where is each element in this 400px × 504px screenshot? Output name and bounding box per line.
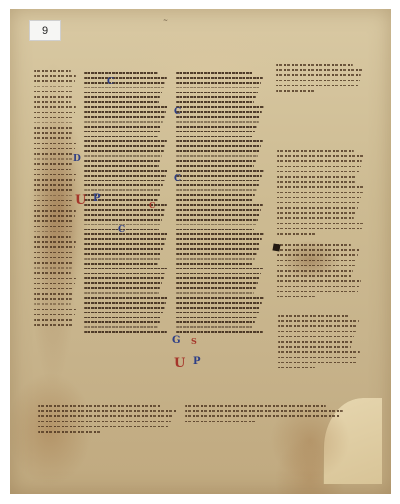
text-line	[278, 346, 351, 348]
text-line	[34, 293, 73, 295]
text-line	[84, 326, 158, 328]
text-line	[84, 111, 166, 113]
header-mark: ~	[163, 17, 168, 24]
text-line	[84, 82, 165, 84]
text-line	[176, 82, 261, 84]
initial-u: U	[174, 357, 185, 370]
main-text-column-right	[176, 72, 264, 336]
text-line	[34, 174, 76, 176]
text-line	[276, 85, 358, 87]
text-line	[176, 189, 257, 191]
text-line	[176, 92, 258, 94]
text-line	[34, 200, 72, 202]
text-line	[176, 165, 254, 167]
text-line	[84, 121, 163, 123]
text-line	[84, 180, 165, 182]
text-line	[84, 238, 166, 240]
text-line	[277, 270, 353, 272]
text-line	[176, 111, 262, 113]
text-line	[277, 192, 363, 194]
text-line	[176, 204, 263, 206]
text-line	[176, 180, 260, 182]
text-line	[84, 150, 164, 152]
text-line	[34, 122, 73, 124]
initial-s: S	[191, 337, 197, 345]
text-line	[176, 77, 263, 79]
text-line	[277, 197, 361, 199]
text-line	[34, 86, 74, 88]
text-line	[38, 431, 101, 433]
text-line	[84, 145, 165, 147]
text-line	[84, 331, 167, 333]
text-line	[176, 273, 261, 275]
text-line	[176, 145, 261, 147]
text-line	[176, 106, 264, 108]
text-line	[34, 220, 74, 222]
text-line	[34, 179, 75, 181]
text-line	[34, 288, 74, 290]
text-line	[277, 181, 355, 183]
text-line	[276, 90, 316, 92]
left-gloss-column	[34, 70, 76, 329]
text-line	[176, 101, 254, 103]
text-line	[84, 165, 159, 167]
text-line	[84, 317, 161, 319]
text-line	[84, 136, 158, 138]
text-line	[278, 325, 358, 327]
text-line	[176, 233, 264, 235]
text-line	[176, 199, 253, 201]
text-line	[277, 223, 364, 225]
text-line	[176, 253, 257, 255]
text-line	[34, 309, 76, 311]
text-line	[34, 195, 73, 197]
text-line	[176, 326, 253, 328]
text-line	[84, 273, 165, 275]
text-line	[277, 155, 364, 157]
text-line	[176, 219, 258, 221]
text-line	[34, 283, 75, 285]
text-line	[34, 75, 76, 77]
text-line	[276, 80, 360, 82]
text-line	[34, 96, 72, 98]
text-line	[176, 248, 259, 250]
text-line	[34, 91, 73, 93]
text-line	[34, 257, 73, 259]
text-line	[176, 96, 256, 98]
text-line	[84, 253, 161, 255]
text-line	[176, 136, 253, 138]
text-line	[277, 207, 358, 209]
text-line	[34, 272, 71, 274]
text-line	[34, 106, 76, 108]
text-line	[277, 291, 358, 293]
text-line	[34, 241, 76, 243]
text-line	[277, 280, 361, 282]
text-line	[34, 252, 74, 254]
text-line	[84, 116, 165, 118]
text-line	[277, 260, 357, 262]
initial-p: P	[193, 357, 201, 367]
text-line	[176, 224, 256, 226]
text-line	[176, 194, 255, 196]
text-line	[176, 214, 260, 216]
text-line	[84, 258, 160, 260]
text-line	[34, 70, 71, 72]
text-line	[278, 351, 360, 353]
text-line	[278, 336, 354, 338]
initial-c: C	[174, 175, 181, 184]
text-line	[34, 231, 72, 233]
text-line	[84, 175, 166, 177]
text-line	[176, 87, 260, 89]
text-line	[38, 426, 168, 428]
text-line	[34, 169, 71, 171]
text-line	[176, 121, 259, 123]
text-line	[176, 287, 256, 289]
text-line	[176, 302, 262, 304]
right-gloss-block	[278, 315, 360, 372]
text-line	[84, 297, 168, 299]
text-line	[277, 249, 360, 251]
text-line	[185, 415, 340, 417]
text-line	[277, 233, 317, 235]
text-line	[84, 131, 160, 133]
text-line	[84, 321, 160, 323]
text-line	[84, 248, 163, 250]
text-line	[34, 314, 75, 316]
text-line	[278, 357, 358, 359]
text-line	[176, 170, 264, 172]
text-line	[34, 153, 74, 155]
text-line	[176, 155, 258, 157]
text-line	[176, 140, 263, 142]
text-line	[176, 160, 256, 162]
text-line	[277, 244, 351, 246]
text-line	[84, 126, 161, 128]
text-line	[84, 170, 168, 172]
text-line	[34, 158, 73, 160]
text-line	[34, 278, 76, 280]
text-line	[84, 184, 163, 186]
text-line	[34, 117, 74, 119]
text-line	[176, 184, 259, 186]
text-line	[34, 184, 74, 186]
text-line	[176, 312, 259, 314]
text-line	[38, 410, 177, 412]
text-line	[84, 312, 163, 314]
text-line	[84, 96, 160, 98]
text-line	[84, 292, 159, 294]
right-gloss-block	[277, 150, 365, 238]
text-line	[34, 319, 74, 321]
text-line	[176, 116, 260, 118]
folio-number-label: 9	[29, 20, 61, 41]
text-line	[185, 410, 343, 412]
text-line	[34, 143, 76, 145]
text-line	[84, 307, 165, 309]
text-line	[277, 217, 354, 219]
text-line	[84, 101, 159, 103]
text-line	[277, 171, 359, 173]
text-line	[84, 189, 161, 191]
text-line	[278, 362, 357, 364]
right-gloss-block	[277, 244, 361, 301]
text-line	[185, 421, 257, 423]
text-line	[176, 277, 260, 279]
text-line	[34, 132, 72, 134]
text-line	[84, 87, 164, 89]
text-line	[84, 214, 164, 216]
text-line	[34, 298, 72, 300]
text-line	[176, 72, 253, 74]
bottom-gloss-left	[38, 405, 178, 436]
text-line	[176, 317, 257, 319]
text-line	[176, 209, 261, 211]
text-line	[277, 296, 315, 298]
initial-d: D	[73, 155, 81, 164]
text-line	[84, 277, 164, 279]
text-line	[277, 212, 356, 214]
text-line	[278, 320, 359, 322]
text-line	[176, 258, 255, 260]
text-line	[38, 405, 161, 407]
right-gloss-block	[276, 64, 364, 95]
text-line	[84, 268, 167, 270]
text-line	[84, 287, 160, 289]
text-line	[34, 226, 73, 228]
text-line	[34, 101, 71, 103]
bottom-gloss-right	[185, 405, 345, 426]
text-line	[34, 267, 72, 269]
text-line	[276, 64, 353, 66]
text-line	[277, 286, 359, 288]
paragraph-mark	[272, 243, 280, 251]
text-line	[277, 265, 355, 267]
initial-g: G	[172, 336, 181, 346]
text-line	[176, 331, 263, 333]
text-line	[176, 263, 253, 265]
main-text-column-left	[84, 72, 168, 336]
text-line	[34, 163, 72, 165]
text-line	[84, 92, 162, 94]
text-line	[84, 243, 165, 245]
text-line	[34, 262, 73, 264]
text-line	[176, 243, 260, 245]
text-line	[176, 131, 255, 133]
text-line	[176, 321, 255, 323]
text-line	[276, 74, 361, 76]
text-line	[34, 137, 71, 139]
initial-u: U	[75, 194, 86, 207]
text-line	[34, 127, 73, 129]
text-line	[277, 202, 360, 204]
text-line	[34, 246, 75, 248]
text-line	[176, 297, 264, 299]
initial-c: C	[107, 78, 114, 87]
text-line	[34, 112, 75, 114]
text-line	[276, 69, 363, 71]
initial-c: C	[149, 201, 155, 209]
text-line	[277, 166, 361, 168]
initial-c: C	[118, 226, 125, 235]
text-line	[84, 77, 167, 79]
text-line	[176, 150, 260, 152]
text-line	[34, 80, 75, 82]
folio-number: 9	[42, 25, 48, 37]
text-line	[176, 175, 262, 177]
initial-c: C	[174, 108, 181, 117]
text-line	[185, 405, 326, 407]
text-line	[84, 160, 160, 162]
text-line	[84, 219, 162, 221]
text-line	[176, 268, 263, 270]
text-line	[38, 415, 174, 417]
text-line	[277, 228, 362, 230]
text-line	[34, 303, 71, 305]
text-line	[84, 140, 167, 142]
text-line	[84, 282, 162, 284]
text-line	[34, 189, 73, 191]
text-line	[277, 160, 362, 162]
text-line	[176, 229, 254, 231]
text-line	[278, 331, 356, 333]
text-line	[84, 302, 166, 304]
text-line	[278, 341, 353, 343]
text-line	[277, 176, 357, 178]
text-line	[278, 315, 350, 317]
text-line	[176, 238, 262, 240]
text-line	[84, 155, 162, 157]
text-line	[84, 72, 158, 74]
text-line	[176, 282, 258, 284]
text-line	[34, 236, 71, 238]
text-line	[84, 106, 168, 108]
text-line	[34, 215, 75, 217]
text-line	[84, 233, 168, 235]
text-line	[176, 307, 260, 309]
text-line	[38, 421, 171, 423]
text-line	[176, 126, 257, 128]
text-line	[34, 324, 73, 326]
initial-p: P	[93, 194, 101, 204]
text-line	[277, 186, 365, 188]
text-line	[34, 148, 75, 150]
text-line	[277, 275, 352, 277]
text-line	[34, 205, 71, 207]
text-line	[34, 210, 76, 212]
text-line	[277, 254, 358, 256]
text-line	[176, 292, 254, 294]
text-line	[84, 263, 158, 265]
text-line	[277, 150, 354, 152]
text-line	[278, 367, 315, 369]
